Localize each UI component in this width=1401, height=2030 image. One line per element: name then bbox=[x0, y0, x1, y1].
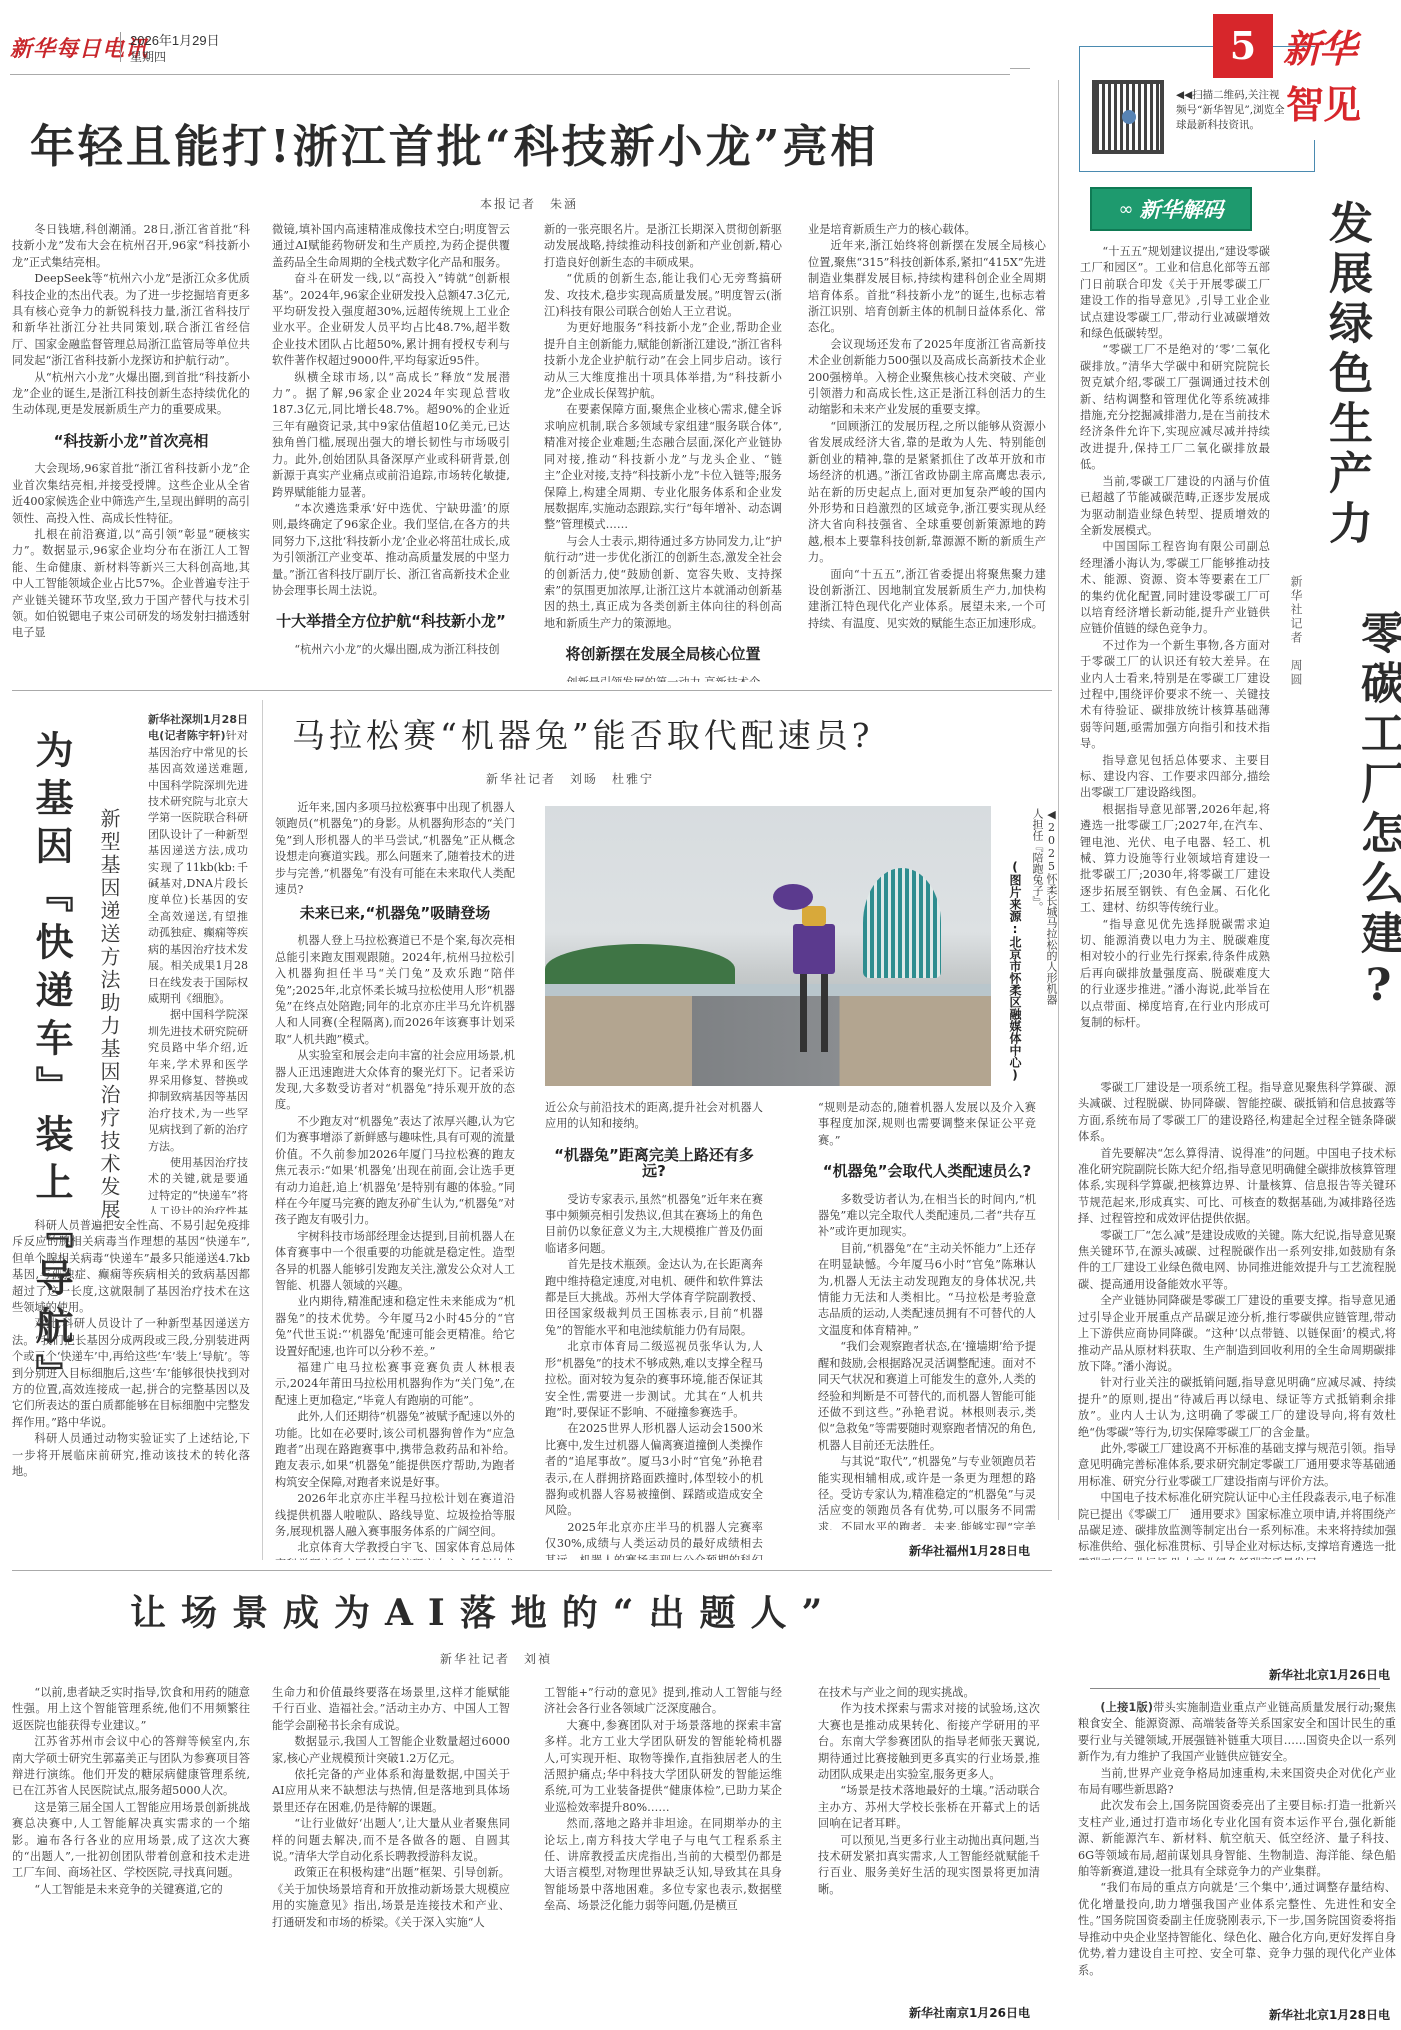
paragraph: 大会现场,96家首批“浙江省科技新小龙”企业首次集结亮相,并接受授牌。这些企业从… bbox=[12, 461, 250, 527]
qr-caption: ◀◀扫描二维码,关注视频号“新华智见”,浏览全球最新科技资讯。 bbox=[1176, 88, 1288, 133]
paragraph: 在技术与产业之间的现实挑战。 bbox=[818, 1685, 1040, 1701]
paragraph: 奋斗在研发一线,以“高投入”铸就“创新根基”。2024年,96家企业研发投入总额… bbox=[272, 271, 510, 369]
paragraph: 业内期待,精准配速和稳定性未来能成为“机器兔”的技术优势。今年厦马2小时45分的… bbox=[275, 1294, 515, 1360]
article1-col3: 新的一张亮眼名片。是浙江长期深入贯彻创新驱动发展战略,持续推动科技创新和产业创新… bbox=[544, 222, 782, 682]
article5-byline: 新华社记者 刘禎 bbox=[440, 1650, 552, 1667]
paragraph: 与会人士表示,期待通过多方协同发力,让“护航行动”进一步优化浙江的创新生态,激发… bbox=[544, 534, 782, 632]
paragraph: “人工智能是未来竞争的关键赛道,它的 bbox=[12, 1882, 250, 1898]
article2-colA: “十五五”规划建议提出,“建设零碳工厂和园区”。工业和信息化部等五部门日前联合印… bbox=[1080, 244, 1270, 1074]
paragraph: DeepSeek等“杭州六小龙”是浙江众多优质科技企业的杰出代表。为了进一步挖掘… bbox=[12, 271, 250, 369]
badge-label: 新华解码 bbox=[1140, 194, 1224, 224]
article4-bottom-rule bbox=[12, 1570, 1052, 1571]
paragraph: 指导意见包括总体要求、主要目标、建设内容、工作要求四部分,描绘出零碳工厂建设路线… bbox=[1080, 753, 1270, 802]
paragraph: 北京市体育局二级巡视员张华认为,人形“机器兔”的技术不够成熟,难以支撑全程马拉松… bbox=[545, 1339, 763, 1421]
paragraph: 可以预见,当更多行业主动抛出真问题,当技术研发紧扣真实需求,人工智能经就赋能千行… bbox=[818, 1833, 1040, 1899]
paragraph: 创新是引领发展的第一动力,高新技术企 bbox=[544, 675, 782, 682]
article4-subhead-1: 未来已来,“机器兔”吸睛登场 bbox=[275, 905, 515, 921]
article4-byline: 新华社记者 刘旸 杜雅宁 bbox=[486, 770, 654, 787]
paragraph: 数据显示,我国人工智能企业数量超过6000家,核心产业规模预计突破1.2万亿元。 bbox=[272, 1734, 510, 1767]
article3-body-wide: 科研人员普遍把安全性高、不易引起免疫排斥反应的腺相关病毒当作理想的基因“快递车”… bbox=[12, 1218, 250, 1558]
paragraph: “规则是动态的,随着机器人发展以及介入赛事程度加深,规则也需要调整来保证公平竞赛… bbox=[818, 1100, 1036, 1149]
paper-logo: 新华每日电讯 bbox=[10, 32, 148, 63]
article3-subheadline: 新型基因递送方法助力基因治疗技术发展 bbox=[96, 808, 122, 1222]
paragraph: 使用基因治疗技术的关键,就是要通过特定的“快递车”将人工设计的治疗性基因“送”到… bbox=[148, 1155, 248, 1214]
paragraph: 政策正在积极构建“出题”框架、引导创新。《关于加快场景培育和开放推动新场景大规模… bbox=[272, 1865, 510, 1931]
article4-photo[interactable] bbox=[545, 806, 991, 1086]
paragraph: 据中国科学院深圳先进技术研究院研究员路中华介绍,近年来,学术界和医学界采用修复、… bbox=[148, 1007, 248, 1155]
article3-body-narrow: 新华社深圳1月28日电(记者陈宇轩)针对基因治疗中常见的长基因高效递送难题,中国… bbox=[148, 712, 248, 1214]
article2-headline-2: 零碳工厂怎么建? bbox=[1350, 610, 1401, 1017]
continued-from-label: (上接1版) bbox=[1100, 1701, 1153, 1714]
paragraph: 2026年北京亦庄半程马拉松计划在赛道沿线提供机器人啦啦队、路线导览、垃圾捡拾等… bbox=[275, 1491, 515, 1540]
photo-robot bbox=[793, 924, 835, 974]
paragraph: 面向“十五五”,浙江省委提出将聚焦聚力建设创新浙江、因地制宜发展新质生产力,加快… bbox=[808, 567, 1046, 633]
article5-col2: 生命力和价值最终要落在场景里,这样才能赋能千行百业、造福社会。”活动主办方、中国… bbox=[272, 1685, 510, 2030]
binoculars-icon: ∞ bbox=[1119, 199, 1134, 220]
paragraph: 首先要解决“怎么算得清、说得准”的问题。中国电子技术标准化研究院副院长陈大纪介绍… bbox=[1078, 1146, 1396, 1228]
photo-balloons bbox=[773, 884, 813, 910]
paragraph: 对此,科研人员设计了一种新型基因递送方法。“我们把长基因分成两段或三段,分别装进… bbox=[12, 1316, 250, 1431]
section-logo-bottom: 智见 bbox=[1286, 74, 1360, 129]
paragraph: 宇树科技市场部经理金达提到,目前机器人在体育赛事中一个很重要的功能就是稳定性。造… bbox=[275, 1229, 515, 1295]
article2-byline: 新华社记者 周圆 bbox=[1288, 575, 1305, 687]
column-rule bbox=[262, 700, 263, 1560]
article4-intro: 近年来,国内多项马拉松赛事中出现了机器人领跑员(“机器兔”)的身影。从机器狗形态… bbox=[275, 800, 515, 900]
page-number: 5 bbox=[1213, 14, 1273, 78]
article1-byline: 本报记者 朱涵 bbox=[480, 195, 578, 212]
paragraph: 不少跑友对“机器兔”表达了浓厚兴趣,认为它们为赛事增添了新鲜感与趣味性,具有可观… bbox=[275, 1114, 515, 1229]
paragraph: 新的一张亮眼名片。是浙江长期深入贯彻创新驱动发展战略,持续推动科技创新和产业创新… bbox=[544, 222, 782, 271]
paragraph: 微镜,填补国内高速精准成像技术空白;明度智云通过AI赋能药物研发和生产质控,为药… bbox=[272, 222, 510, 271]
paragraph: “杭州六小龙”的火爆出圈,成为浙江科技创 bbox=[272, 642, 510, 658]
paragraph: 从“杭州六小龙”火爆出圈,到首批“科技新小龙”企业的诞生,是浙江科技创新生态持续… bbox=[12, 370, 250, 419]
paragraph: “十五五”规划建议提出,“建设零碳工厂和园区”。工业和信息化部等五部门日前联合印… bbox=[1080, 244, 1270, 342]
article1-bottom-rule bbox=[12, 690, 1052, 691]
paragraph: 近公众与前沿技术的距离,提升社会对机器人应用的认知和接纳。 bbox=[545, 1100, 763, 1133]
paragraph: 生命力和价值最终要落在场景里,这样才能赋能千行百业、造福社会。”活动主办方、中国… bbox=[272, 1685, 510, 1734]
paragraph: 北京体育大学教授白宇飞、国家体育总局体育科学研究所中国体育经济研究中心主任赵扶龙… bbox=[275, 1540, 515, 1560]
article4-col1: 未来已来,“机器兔”吸睛登场 机器人登上马拉松赛道已不是个案,每次亮相总能引来跑… bbox=[275, 905, 515, 1560]
paragraph: 中国电子技术标准化研究院认证中心主任段淼表示,电子标准院已提出《零碳工厂 通用要… bbox=[1078, 1490, 1396, 1560]
paragraph: “场景是技术落地最好的土壤。”活动联合主办方、苏州大学校长张桥在开幕式上的话回响… bbox=[818, 1783, 1040, 1832]
article5-col1: “以前,患者缺乏实时指导,饮食和用药的随意性强。用上这个智能管理系统,他们不用频… bbox=[12, 1685, 250, 2030]
paragraph: 此外,零碳工厂建设离不开标准的基础支撑与规范引领。指导意见明确完善标准体系,要求… bbox=[1078, 1441, 1396, 1490]
paragraph: 针对行业关注的碳抵销问题,指导意见明确“应减尽减、持续提升”的原则,提出“待减后… bbox=[1078, 1375, 1396, 1441]
paragraph: “我们会观察跑者状态,在‘撞墙期’给予提醒和鼓励,会根据路况灵活调整配速。面对不… bbox=[818, 1339, 1036, 1454]
article4-dateline: 新华社福州1月28日电 bbox=[860, 1542, 1030, 1559]
paragraph: 与其说“取代”,“机器兔”与专业领跑员若能实现相辅相成,或许是一条更为理想的路径… bbox=[818, 1454, 1036, 1530]
issue-date: 2026年1月29日 bbox=[130, 30, 220, 49]
article4-subhead-2: “机器兔”距离完美上路还有多远? bbox=[545, 1147, 763, 1180]
photo-building bbox=[863, 868, 941, 978]
paragraph: 业是培育新质生产力的核心载体。 bbox=[808, 222, 1046, 238]
paragraph: “指导意见优先选择脱碳需求迫切、能源消费以电力为主、脱碳难度相对较小的行业先行探… bbox=[1080, 917, 1270, 1032]
paragraph: 为更好地服务“科技新小龙”企业,帮助企业提升自主创新能力,赋能创新浙江建设,“浙… bbox=[544, 320, 782, 402]
masthead-divider bbox=[120, 32, 121, 62]
paragraph: 依托完备的产业体系和海量数据,中国关于AI应用从来不缺想法与热情,但是落地到具体… bbox=[272, 1767, 510, 1816]
paragraph: 此外,人们还期待“机器兔”被赋予配速以外的功能。比如在必要时,该公司机器狗曾作为… bbox=[275, 1409, 515, 1491]
paragraph: 科研人员普遍把安全性高、不易引起免疫排斥反应的腺相关病毒当作理想的基因“快递车”… bbox=[12, 1218, 250, 1316]
paragraph: “以前,患者缺乏实时指导,饮食和用药的随意性强。用上这个智能管理系统,他们不用频… bbox=[12, 1685, 250, 1734]
photo-robot-legs bbox=[800, 974, 828, 1052]
paragraph: 近年来,国内多项马拉松赛事中出现了机器人领跑员(“机器兔”)的身影。从机器狗形态… bbox=[275, 800, 515, 898]
paragraph: 科研人员通过动物实验证实了上述结论,下一步将开展临床前研究,推动该技术的转化落地… bbox=[12, 1431, 250, 1480]
paragraph: 近年来,浙江始终将创新摆在发展全局核心位置,聚焦“315”科技创新体系,紧扣“4… bbox=[808, 238, 1046, 336]
masthead: 新华每日电讯 2026年1月29日 星期四 bbox=[10, 28, 710, 76]
article1-col2: 微镜,填补国内高速精准成像技术空白;明度智云通过AI赋能药物研发和生产质控,为药… bbox=[272, 222, 510, 682]
paragraph: 当前,零碳工厂建设的内涵与价值已超越了节能减碳范畴,正逐步发展成为驱动制造业绿色… bbox=[1080, 474, 1270, 540]
article4-col2: 近公众与前沿技术的距离,提升社会对机器人应用的认知和接纳。 “机器兔”距离完美上… bbox=[545, 1100, 763, 1560]
paragraph: “让行业做好‘出题人’,让大量从业者聚焦同样的问题去解决,而不是各做各的题、自圆… bbox=[272, 1816, 510, 1865]
paragraph: 当前,世界产业竞争格局加速重构,未来国资央企对优化产业布局有哪些新思路? bbox=[1078, 1766, 1396, 1799]
article2-colB: 零碳工厂建设是一项系统工程。指导意见聚焦科学算碳、源头减碳、过程脱碳、协同降碳、… bbox=[1078, 1080, 1396, 1560]
paragraph: 受访专家表示,虽然“机器兔”近年来在赛事中频频亮相引发热议,但其在赛场上的角色目… bbox=[545, 1192, 763, 1258]
photo-caption: ◀2025怀柔长城马拉松的人形机器人担任『陪跑兔子』。 bbox=[1030, 808, 1058, 1008]
paragraph: “零碳工厂不是绝对的‘零’二氧化碳排放。”清华大学碳中和研究院院长贺克斌介绍,零… bbox=[1080, 342, 1270, 473]
xinhua-decode-badge: ∞ 新华解码 bbox=[1090, 187, 1252, 231]
article1-col1: 冬日钱塘,科创潮涌。28日,浙江省首批“科技新小龙”发布大会在杭州召开,96家“… bbox=[12, 222, 250, 682]
paragraph: 多数受访者认为,在相当长的时间内,“机器兔”难以完全取代人类配速员,二者“共存互… bbox=[818, 1192, 1036, 1241]
article4-col3: “规则是动态的,随着机器人发展以及介入赛事程度加深,规则也需要调整来保证公平竞赛… bbox=[818, 1100, 1036, 1530]
qr-box-right-edge bbox=[1314, 140, 1315, 172]
article4-subhead-3: “机器兔”会取代人类配速员么? bbox=[818, 1163, 1036, 1179]
article1-subhead-1: “科技新小龙”首次亮相 bbox=[12, 433, 250, 449]
masthead-rule bbox=[10, 74, 1010, 75]
paragraph: 机器人登上马拉松赛道已不是个案,每次亮相总能引来跑友围观跟随。2024年,杭州马… bbox=[275, 933, 515, 1048]
paragraph: 工智能+”行动的意见》提到,推动人工智能与经济社会各行业各领域广泛深度融合。 bbox=[544, 1685, 782, 1718]
article6-body: (上接1版)带头实施制造业重点产业链高质量发展行动;聚焦粮食安全、能源资源、高端… bbox=[1078, 1700, 1396, 2000]
paragraph: “优质的创新生态,能让我们心无旁骛搞研发、攻技术,稳步实现高质量发展。”明度智云… bbox=[544, 271, 782, 320]
paragraph: “回顾浙江的发展历程,之所以能够从资源小省发展成经济大省,靠的是敢为人先、特别能… bbox=[808, 419, 1046, 567]
article3-lead: 新华社深圳1月28日电(记者陈宇轩)针对基因治疗中常见的长基因高效递送难题,中国… bbox=[148, 712, 248, 1007]
qr-code[interactable] bbox=[1092, 80, 1164, 154]
paragraph: 大赛中,参赛团队对于场景落地的探索丰富多样。北方工业大学团队研发的智能轮椅机器人… bbox=[544, 1718, 782, 1816]
paragraph: 不过作为一个新生事物,各方面对于零碳工厂的认识还有较大差异。在业内人士看来,特别… bbox=[1080, 638, 1270, 753]
photo-robot-head bbox=[802, 906, 826, 926]
paragraph: 冬日钱塘,科创潮涌。28日,浙江省首批“科技新小龙”发布大会在杭州召开,96家“… bbox=[12, 222, 250, 271]
article2-dateline: 新华社北京1月26日电 bbox=[1200, 1666, 1390, 1683]
paragraph: 这是第三届全国人工智能应用场景创新挑战赛总决赛中,人工智能解决真实需求的一个缩影… bbox=[12, 1800, 250, 1882]
paragraph: 目前,“机器兔”在“主动关怀能力”上还存在明显缺憾。今年厦马6小时“官兔”陈琳认… bbox=[818, 1241, 1036, 1339]
paragraph: 根据指导意见部署,2026年起,将遴选一批零碳工厂;2027年,在汽车、锂电池、… bbox=[1080, 802, 1270, 917]
paragraph: 在要素保障方面,聚焦企业核心需求,健全诉求响应机制,联合多领域专家组建“服务联合… bbox=[544, 402, 782, 533]
paragraph: 2025年北京亦庄半马的机器人完赛率仅30%,成绩与人类运动员的最好成绩相去甚远… bbox=[545, 1520, 763, 1560]
paragraph: 江苏省苏州市会议中心的答辩等候室内,东南大学硕士研究生郭嘉美正与团队为参赛项目答… bbox=[12, 1734, 250, 1800]
paragraph: 纵横全球市场,以“高成长”释放“发展潜力”。据了解,96家企业2024年实现总营… bbox=[272, 370, 510, 501]
article2-bottom-rule bbox=[1090, 1688, 1380, 1689]
article6-dateline: 新华社北京1月28日电 bbox=[1200, 2006, 1390, 2023]
section-logo-top: 新华 bbox=[1283, 18, 1355, 73]
paragraph: 中国国际工程咨询有限公司副总经理潘小海认为,零碳工厂能够推动技术、能源、资源、资… bbox=[1080, 539, 1270, 637]
article5-dateline: 新华社南京1月26日电 bbox=[860, 2004, 1030, 2021]
paragraph: 零碳工厂建设是一项系统工程。指导意见聚焦科学算碳、源头减碳、过程脱碳、协同降碳、… bbox=[1078, 1080, 1396, 1146]
paragraph: 作为技术探索与需求对接的试验场,这次大赛也是推动成果转化、衔接产学研用的平台。东… bbox=[818, 1701, 1040, 1783]
paragraph: 全产业链协同降碳是零碳工厂建设的重要支撑。指导意见通过引导企业开展重点产品碳足迹… bbox=[1078, 1293, 1396, 1375]
article5-col4: 在技术与产业之间的现实挑战。 作为技术探索与需求对接的试验场,这次大赛也是推动成… bbox=[818, 1685, 1040, 1995]
paragraph: 此次发布会上,国务院国资委亮出了主要目标:打造一批新兴支柱产业,通过打造市场化专… bbox=[1078, 1798, 1396, 1880]
photo-credit: (图片来源:北京市怀柔区融媒体中心) bbox=[1007, 860, 1024, 1082]
paragraph: 从实验室和展会走向丰富的社会应用场景,机器人正迅速跑进大众体育的聚光灯下。记者采… bbox=[275, 1048, 515, 1114]
paragraph: 零碳工厂“怎么减”是建设成败的关键。陈大纪说,指导意见聚焦关键环节,在源头减碳、… bbox=[1078, 1228, 1396, 1294]
article1-subhead-3: 将创新摆在发展全局核心位置 bbox=[544, 646, 782, 662]
article5-headline: 让场景成为AI落地的“出题人” bbox=[130, 1585, 837, 1636]
article6-lead: (上接1版)带头实施制造业重点产业链高质量发展行动;聚焦粮食安全、能源资源、高端… bbox=[1078, 1700, 1396, 1766]
paragraph: “本次遴选秉承‘好中选优、宁缺毋滥’的原则,最终确定了96家企业。我们坚信,在各… bbox=[272, 501, 510, 599]
paragraph: 首先是技术瓶颈。金达认为,在长距离奔跑中维持稳定速度,对电机、硬件和软件算法都是… bbox=[545, 1257, 763, 1339]
issue-weekday: 星期四 bbox=[130, 48, 166, 65]
paragraph: 扎根在前沿赛道,以“高引领”彰显“硬核实力”。数据显示,96家企业均分布在浙江人… bbox=[12, 527, 250, 642]
article1-subhead-2: 十大举措全方位护航“科技新小龙” bbox=[272, 613, 510, 629]
article5-col3: 工智能+”行动的意见》提到,推动人工智能与经济社会各行业各领域广泛深度融合。 大… bbox=[544, 1685, 782, 2030]
article1-col4: 业是培育新质生产力的核心载体。 近年来,浙江始终将创新摆在发展全局核心位置,聚焦… bbox=[808, 222, 1046, 682]
column-rule bbox=[1058, 80, 1059, 1520]
masthead-rule-right bbox=[1010, 68, 1030, 69]
paragraph: 福建广电马拉松赛事竞赛负责人林根表示,2024年莆田马拉松用机器狗作为“关门兔”… bbox=[275, 1360, 515, 1409]
paragraph: 会议现场还发布了2025年度浙江省高新技术企业创新能力500强以及高成长高新技术… bbox=[808, 337, 1046, 419]
photo-road bbox=[545, 996, 991, 1086]
article2-headline-1: 发展绿色生产力 bbox=[1318, 200, 1374, 550]
paragraph: 然而,落地之路并非坦途。在同期举办的主论坛上,南方科技大学电子与电气工程系系主任… bbox=[544, 1816, 782, 1914]
paragraph: “我们布局的重点方向就是‘三个集中’,通过调整存量结构、优化增量投向,助力增强我… bbox=[1078, 1880, 1396, 1978]
article4-headline: 马拉松赛“机器兔”能否取代配速员? bbox=[292, 710, 873, 757]
article1-headline: 年轻且能打!浙江首批“科技新小龙”亮相 bbox=[30, 110, 879, 175]
paragraph: 在2025世界人形机器人运动会1500米比赛中,发生过机器人偏离赛道撞倒人类操作… bbox=[545, 1421, 763, 1519]
